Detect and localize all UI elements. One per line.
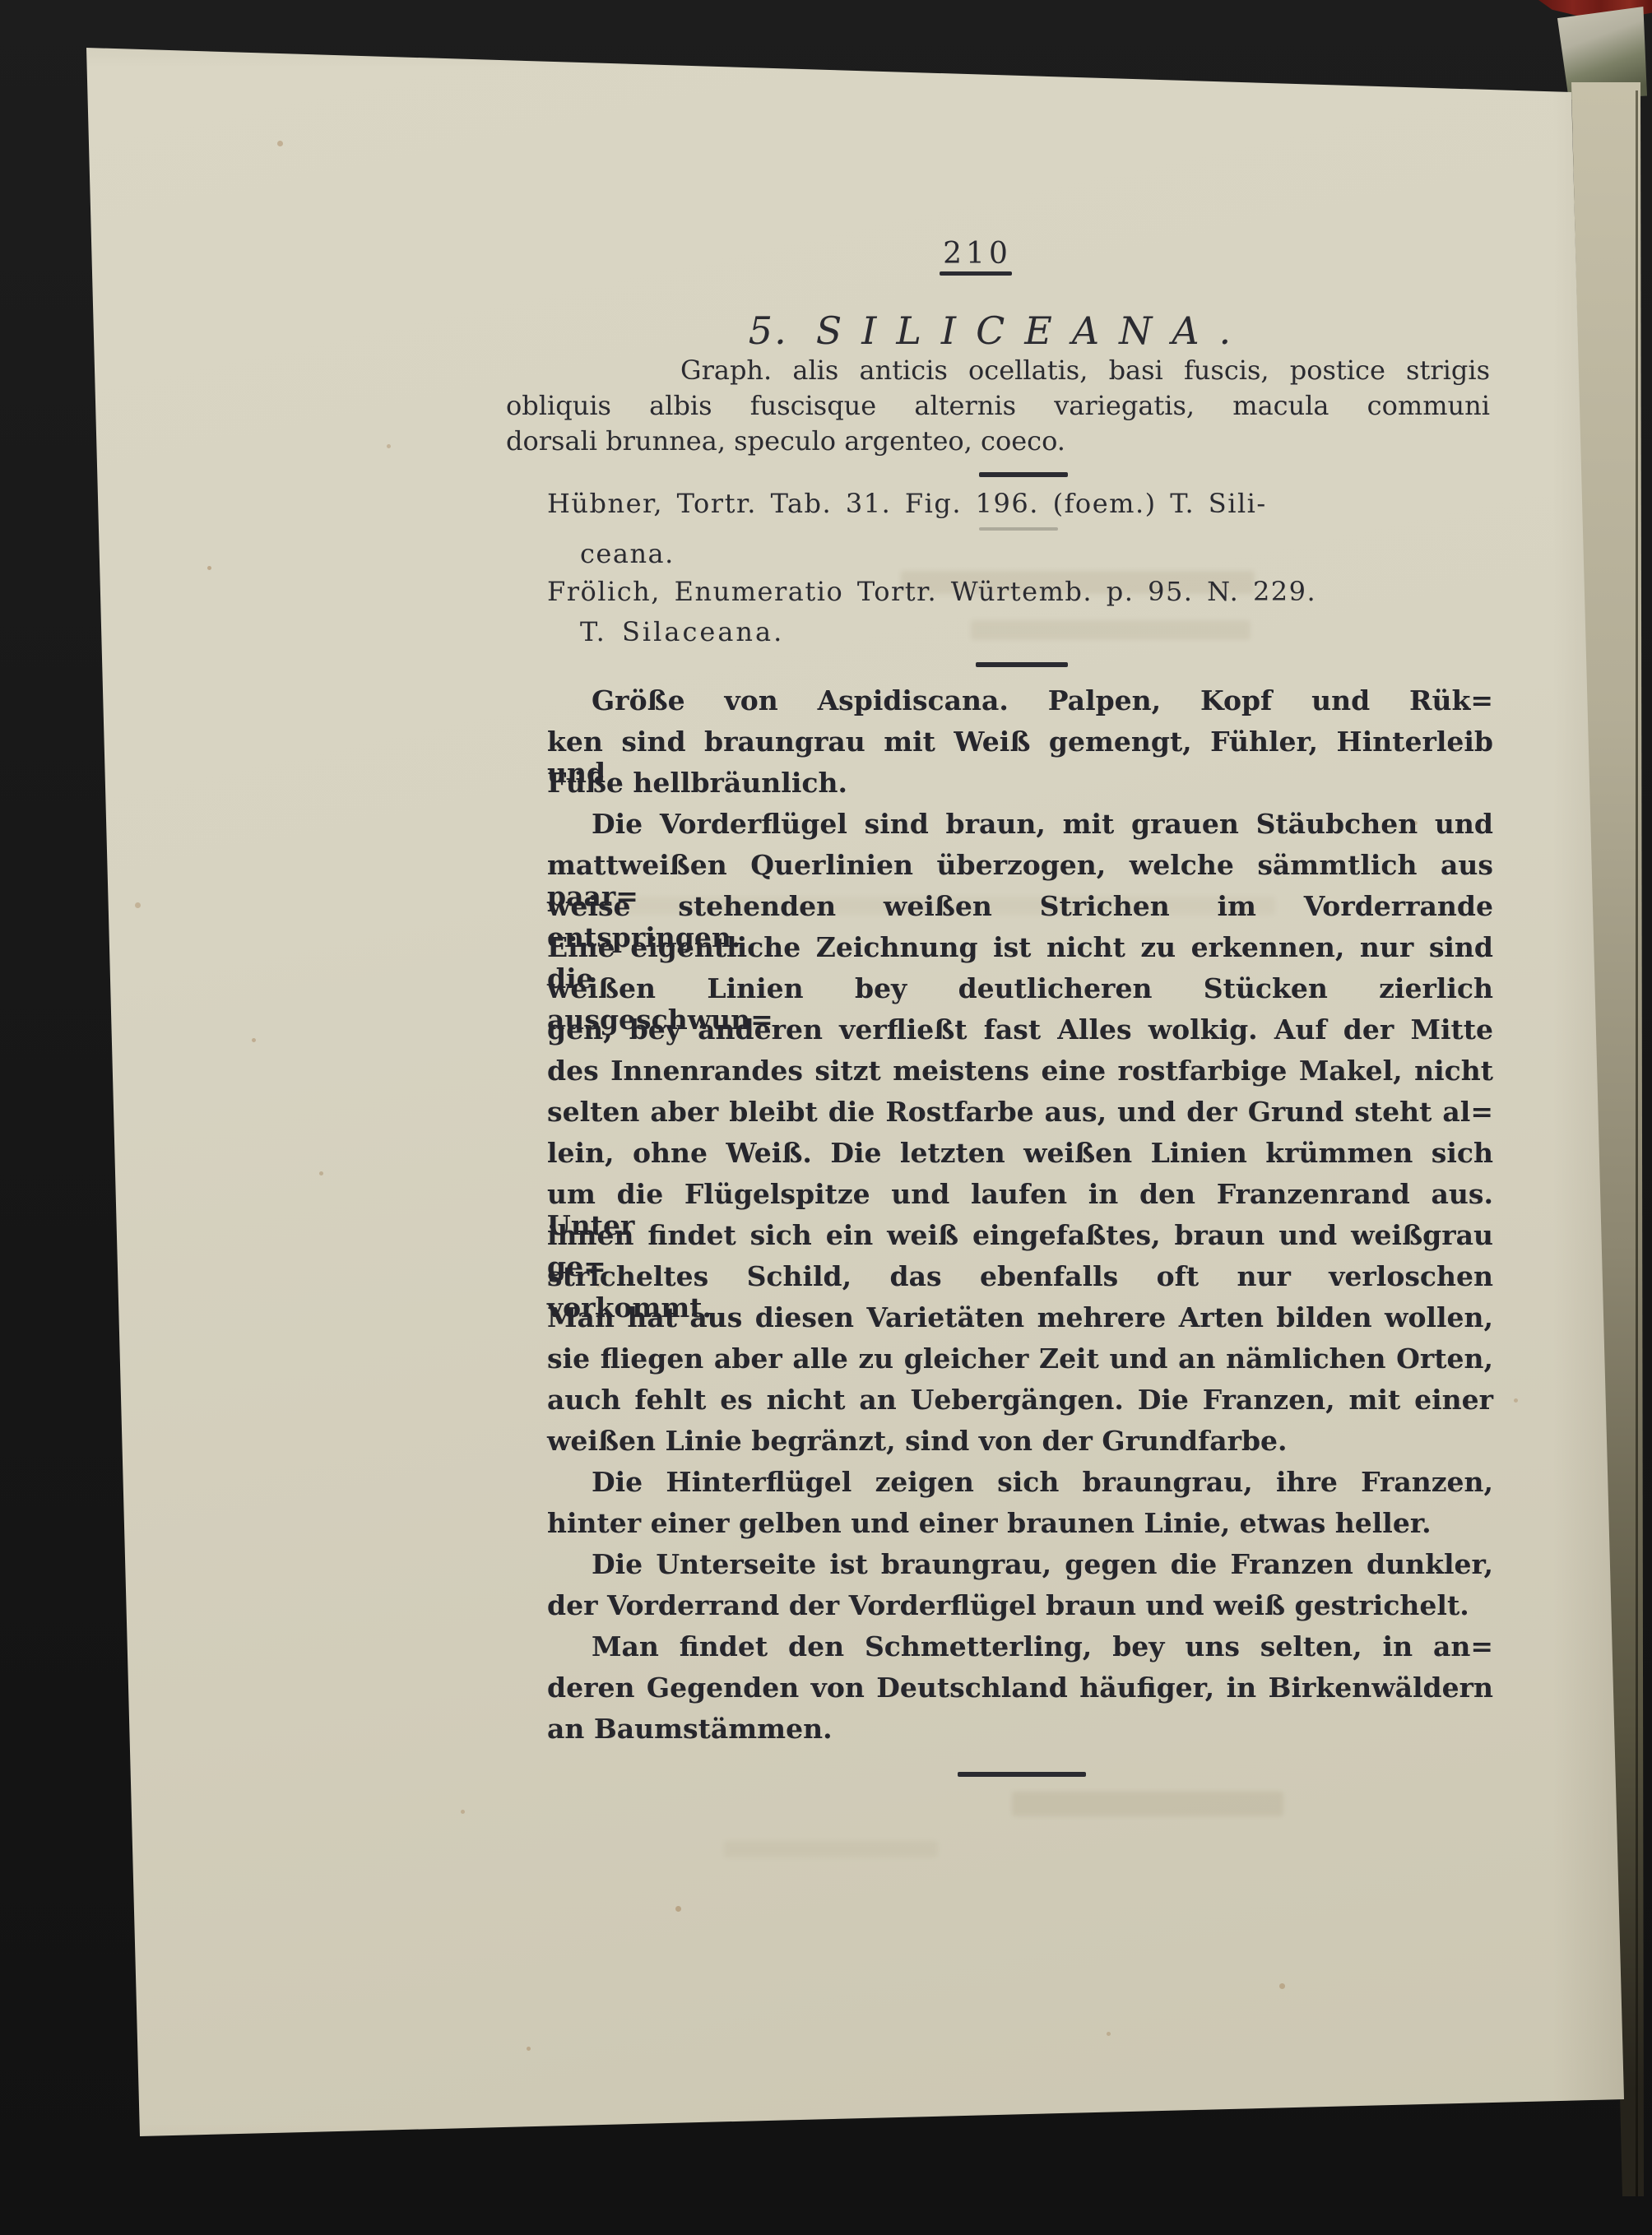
body-line: Die Unterseite ist braungrau, gegen die …: [547, 1549, 1493, 1580]
body-line: selten aber bleibt die Rostfarbe aus, un…: [547, 1097, 1493, 1128]
body-line: deren Gegenden von Deutschland häufiger,…: [547, 1672, 1493, 1704]
species-name: SILICEANA.: [816, 308, 1251, 353]
latin-line: obliquis albis fuscisque alternis varieg…: [506, 392, 1490, 419]
body-line: Füße hellbräunlich.: [547, 767, 1493, 799]
body-line: an Baumstämmen.: [547, 1713, 1493, 1745]
bleedthrough-smudge: [724, 1841, 938, 1857]
reference-line: T. Silaceana.: [580, 619, 784, 645]
reference-line: Hübner, Tortr. Tab. 31. Fig. 196. (foem.…: [547, 490, 1267, 517]
reference-line: Frölich, Enumeratio Tortr. Würtemb. p. 9…: [547, 578, 1316, 605]
body-line: Größe von Aspidiscana. Palpen, Kopf und …: [547, 685, 1493, 716]
book-page: 210 5.SILICEANA. Graph. alis anticis oce…: [0, 0, 1652, 2235]
body-line: lein, ohne Weiß. Die letzten weißen Lini…: [547, 1138, 1493, 1169]
paper-foxing-specks: [0, 0, 4, 4]
separator-rule: [976, 662, 1068, 667]
species-heading: 5.SILICEANA.: [506, 312, 1493, 350]
latin-line: Graph. alis anticis ocellatis, basi fusc…: [506, 357, 1490, 383]
bleedthrough-smudge: [1012, 1792, 1283, 1816]
reference-underline: [979, 527, 1058, 531]
body-line: Die Hinterflügel zeigen sich braungrau, …: [547, 1467, 1493, 1498]
reference-line: ceana.: [580, 540, 675, 567]
body-line: gen, bey anderen verfließt fast Alles wo…: [547, 1014, 1493, 1046]
body-line: hinter einer gelben und einer braunen Li…: [547, 1508, 1493, 1539]
body-line: des Innenrandes sitzt meistens eine rost…: [547, 1055, 1493, 1087]
page-number: 210: [943, 239, 1012, 269]
page-stack-line: [1636, 90, 1638, 2196]
species-number: 5.: [749, 308, 788, 353]
latin-line: dorsali brunnea, speculo argenteo, coeco…: [506, 428, 1490, 454]
body-line: weißen Linie begränzt, sind von der Grun…: [547, 1426, 1493, 1457]
closing-rule: [958, 1772, 1086, 1777]
body-line: Man hat aus diesen Varietäten mehrere Ar…: [547, 1302, 1493, 1333]
latin-diagnosis: Graph. alis anticis ocellatis, basi fusc…: [506, 357, 1490, 464]
bleedthrough-smudge: [971, 620, 1251, 640]
page-number-rule: [940, 271, 1012, 276]
scan-background: 210 5.SILICEANA. Graph. alis anticis oce…: [0, 0, 1652, 2235]
body-line: Man findet den Schmetterling, bey uns se…: [547, 1631, 1493, 1662]
separator-rule: [979, 472, 1068, 477]
body-line: Die Vorderflügel sind braun, mit grauen …: [547, 809, 1493, 840]
body-line: auch fehlt es nicht an Uebergängen. Die …: [547, 1384, 1493, 1416]
body-line: der Vorderrand der Vorderflügel braun un…: [547, 1590, 1493, 1621]
body-line: sie fliegen aber alle zu gleicher Zeit u…: [547, 1343, 1493, 1375]
